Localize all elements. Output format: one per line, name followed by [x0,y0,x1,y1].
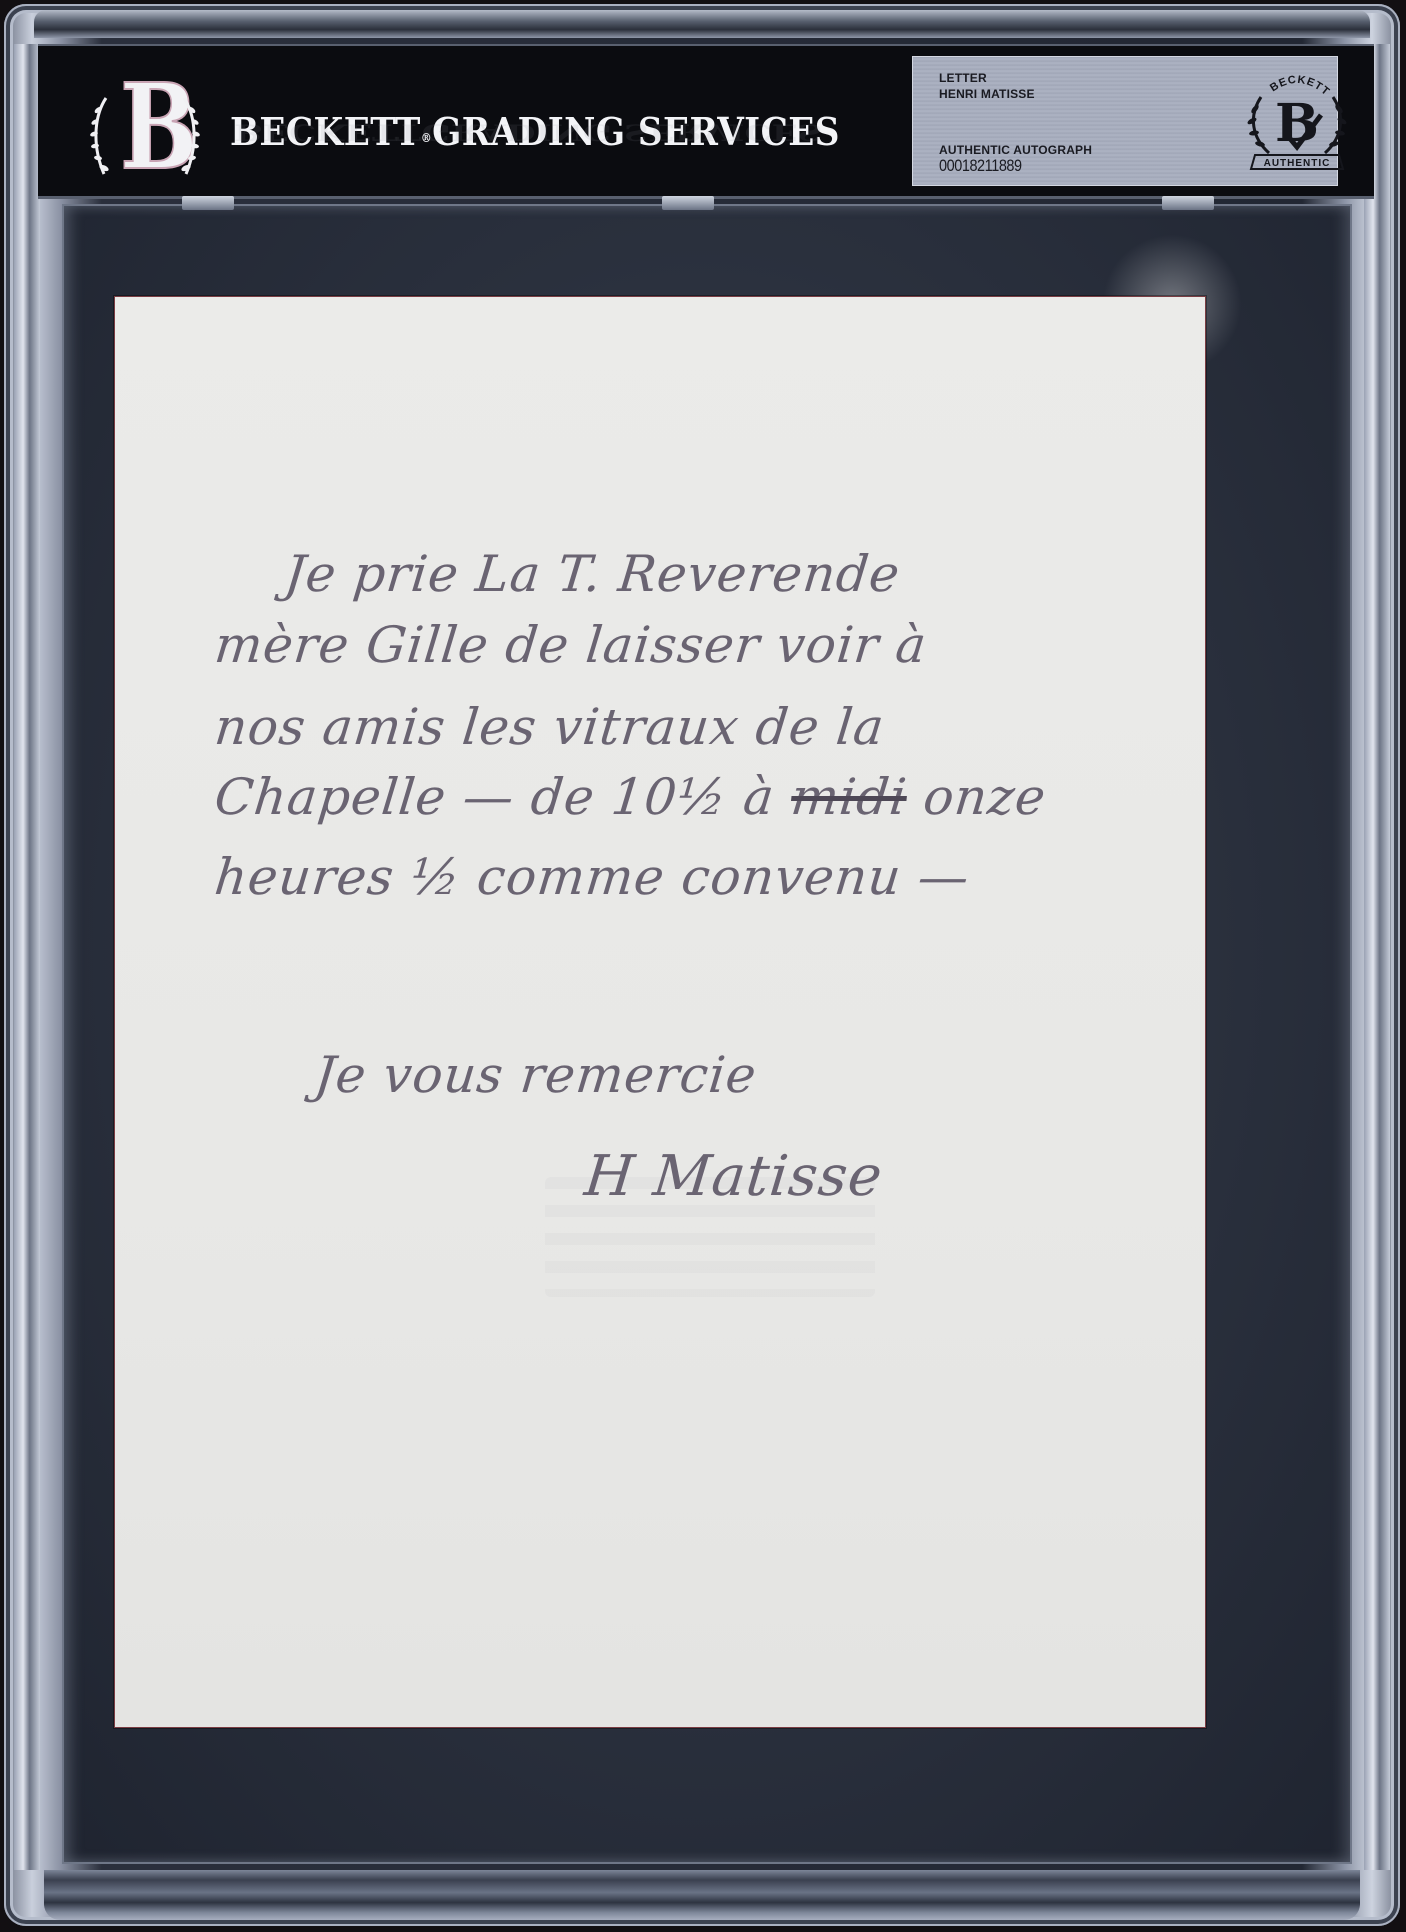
well-clip [662,196,714,210]
grade-text: AUTHENTIC AUTOGRAPH [939,143,1092,157]
letter-line-1: Je prie La T. Reverende [282,544,903,604]
certification-label: LETTER HENRI MATISSE AUTHENTIC AUTOGRAPH… [912,56,1338,186]
letter-line-3: nos amis les vitraux de la [212,697,888,757]
grading-slab: B BECKETT®GRADING SERVICES BECKETTGRADIN… [4,4,1400,1926]
subject-name: HENRI MATISSE [939,87,1035,101]
slab-left-rail [14,44,40,1870]
line-4-text: Chapelle — de 10½ à [212,768,778,826]
svg-text:AUTHENTIC: AUTHENTIC [1264,158,1331,169]
reflection-part2: GRADING SERVICES [422,119,823,146]
cert-number: 00018211889 [939,159,1022,173]
signature: H Matisse [582,1147,886,1207]
well-clip [182,196,234,210]
laurel-left-icon [90,96,112,176]
letter-closing: Je vous remercie [312,1045,760,1105]
item-type: LETTER [939,71,987,85]
slab-right-rail [1364,44,1390,1870]
beckett-authentic-seal-icon: BECKETT B A [1239,65,1355,177]
letter-line-5: heures ½ comme convenu — [212,847,973,907]
letter-paper: Je prie La T. Reverende mère Gille de la… [114,296,1206,1728]
slab-bottom-rail [44,1870,1360,1920]
beckett-logo: B [90,68,200,178]
brand-name-reflection: BECKETTGRADING SERVICES [234,119,822,146]
slab-top-rail [34,10,1370,38]
struck-word: midi [788,768,910,826]
slab-header-bar: B BECKETT®GRADING SERVICES BECKETTGRADIN… [38,44,1374,199]
letter-line-2: mère Gille de laisser voir à [212,615,930,675]
letter-line-4: Chapelle — de 10½ à midi onze [212,767,1049,827]
line-4-tail: onze [921,768,1049,826]
reflection-part1: BECKETT [234,119,422,146]
laurel-right-icon [178,96,200,176]
well-clip [1162,196,1214,210]
